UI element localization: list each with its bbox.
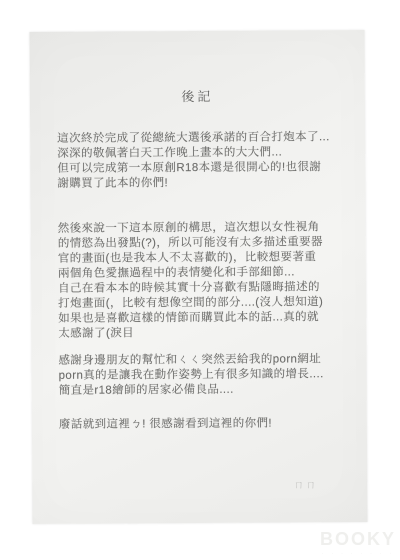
text-line: 感謝身邊朋友的幫忙和ㄑㄑ突然丟給我的porn網址 <box>58 352 350 369</box>
doodle-marks: ㄇㄇ <box>293 476 317 492</box>
text-line: 但可以完成第一本原創R18本還是很開心的!也很謝 <box>57 160 349 177</box>
text-line: 深深的敬佩著白天工作晚上畫本的大大們... <box>57 145 349 162</box>
watermark: BOOKY · · · · · · · · <box>320 530 396 557</box>
text-line: 兩個角色愛撫過程中的表情變化和手部細節... <box>58 265 350 282</box>
paragraph-closing: 廢話就到這裡ㄅ! 很感謝看到這裡的你們! <box>59 416 351 433</box>
text-line: 這次終於完成了從總統大選後承諾的百合打炮本了... <box>57 130 349 147</box>
text-line: 簡直是r18繪師的居家必備良品.... <box>59 382 351 399</box>
afterword-title: 後記 <box>30 85 365 106</box>
paragraph-intro: 這次終於完成了從總統大選後承諾的百合打炮本了... 深深的敬佩著白天工作晚上畫本… <box>57 130 349 192</box>
text-line: 廢話就到這裡ㄅ! 很感謝看到這裡的你們! <box>59 416 351 433</box>
text-line: 的情慾為出發點(?)，所以可能沒有太多描述重要器 <box>58 235 350 252</box>
text-line: 太感謝了(淚目 <box>58 325 350 342</box>
text-line: 打炮畫面(，比較有想像空間的部分....(沒人想知道) <box>58 295 350 312</box>
scanned-page: 後記 這次終於完成了從總統大選後承諾的百合打炮本了... 深深的敬佩著白天工作晚… <box>30 30 368 524</box>
paragraph-thanks: 感謝身邊朋友的幫忙和ㄑㄑ突然丟給我的porn網址 porn真的是讓我在動作姿勢上… <box>58 352 350 399</box>
text-line: 謝購買了此本的你們! <box>57 175 349 192</box>
paragraph-concept: 然後來說一下這本原創的構思，這次想以女性視角 的情慾為出發點(?)，所以可能沒有… <box>58 220 351 342</box>
watermark-subtext: · · · · · · · · <box>320 551 396 557</box>
watermark-logo-text: BOOKY <box>320 530 396 548</box>
text-line: porn真的是讓我在動作姿勢上有很多知識的增長.... <box>59 367 351 384</box>
text-line: 自己在看本本的時候其實十分喜歡有點隱晦描述的 <box>58 280 350 297</box>
text-line: 如果也是喜歡這樣的情節而購買此本的話...真的就 <box>58 310 350 327</box>
text-line: 官的畫面(也是我本人不太喜歡的)，比較想要著重 <box>58 250 350 267</box>
text-line: 然後來說一下這本原創的構思，這次想以女性視角 <box>58 220 350 237</box>
